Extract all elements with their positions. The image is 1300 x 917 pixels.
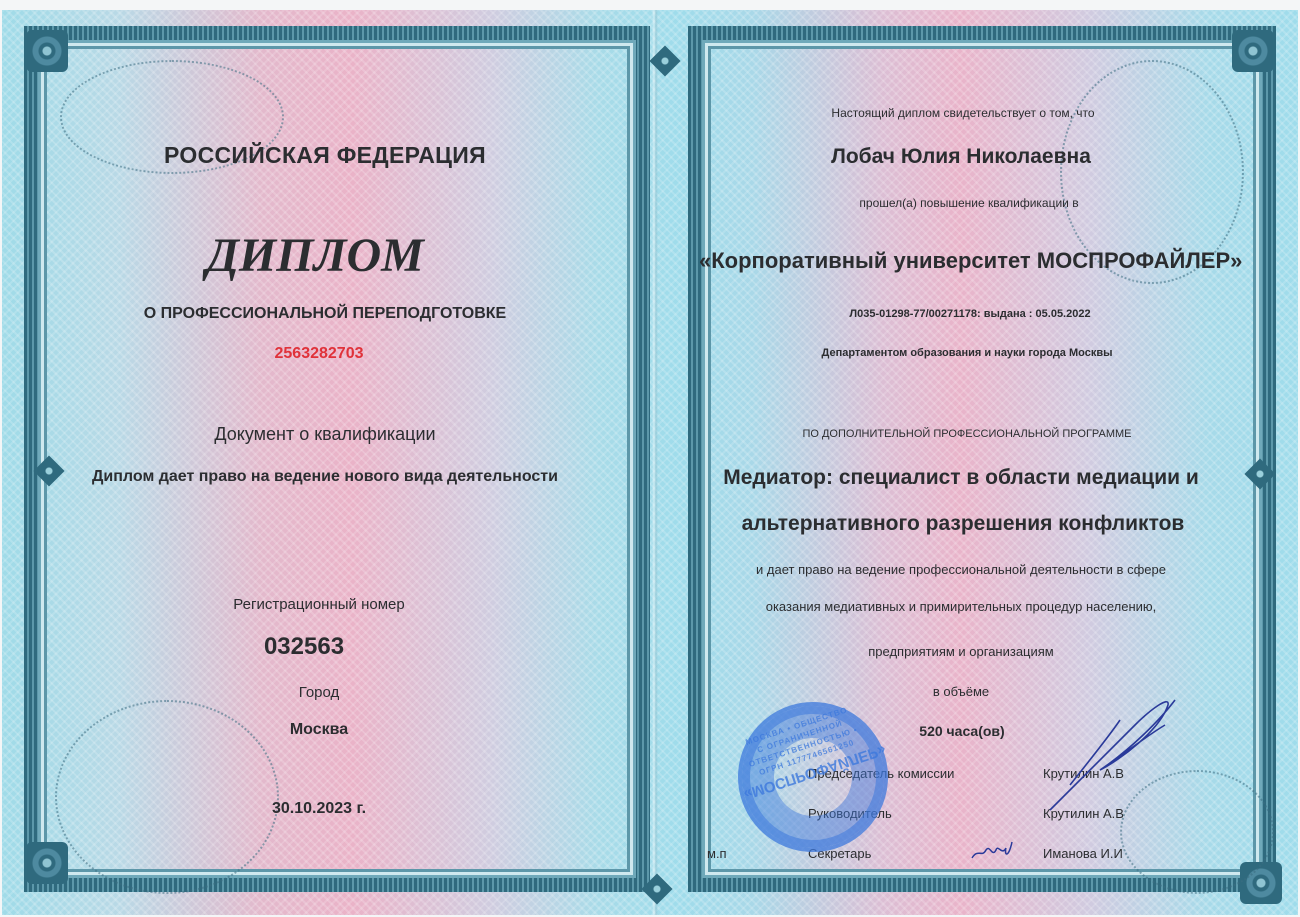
institution-name: «Корпоративный университет МОСПРОФАЙЛЕР» [699, 248, 1225, 274]
rights-line-2: оказания медиативных и примирительных пр… [697, 599, 1225, 614]
corner-ornament-icon [1232, 30, 1274, 72]
holder-name: Лобач Юлия Николаевна [697, 145, 1225, 169]
rights-line-1: и дает право на ведение профессиональной… [697, 562, 1225, 577]
chairman-signature [1040, 690, 1180, 820]
page-fold [652, 10, 658, 915]
registration-number: 032563 [18, 633, 590, 661]
issue-date: 30.10.2023 г. [48, 800, 590, 818]
left-page: РОССИЙСКАЯ ФЕДЕРАЦИЯ ДИПЛОМ О ПРОФЕССИОН… [60, 0, 590, 917]
diploma-title: ДИПЛОМ [40, 228, 590, 283]
program-title-line1: Медиатор: специалист в области медиации … [697, 466, 1225, 490]
city-label: Город [48, 684, 590, 701]
completed-text: прошел(а) повышение квалификации в [713, 196, 1225, 210]
license-number: Л035-01298-77/00271178: выдана : 05.05.2… [715, 308, 1225, 320]
rights-line-3: предприятиям и организациям [697, 644, 1225, 659]
country-heading: РОССИЙСКАЯ ФЕДЕРАЦИЯ [60, 142, 590, 169]
document-type: Документ о квалификации [60, 424, 590, 445]
diploma-subtitle: О ПРОФЕССИОНАЛЬНОЙ ПЕРЕПОДГОТОВКЕ [60, 305, 590, 323]
city-value: Москва [48, 721, 590, 739]
stamp-place-label: м.п [707, 846, 727, 861]
certifies-text: Настоящий диплом свидетельствует о том, … [701, 106, 1225, 120]
license-issuer: Департаментом образования и науки города… [709, 347, 1225, 359]
program-title-line2: альтернативного разрешения конфликтов [701, 512, 1225, 536]
serial-number: 2563282703 [48, 345, 590, 363]
rights-statement: Диплом дает право на ведение нового вида… [60, 468, 590, 486]
secretary-signature [968, 836, 1028, 866]
program-label: ПО ДОПОЛНИТЕЛЬНОЙ ПРОФЕССИОНАЛЬНОЙ ПРОГР… [709, 428, 1225, 440]
registration-label: Регистрационный номер [48, 596, 590, 613]
signatory-name: Иманова И.И [1043, 846, 1123, 861]
